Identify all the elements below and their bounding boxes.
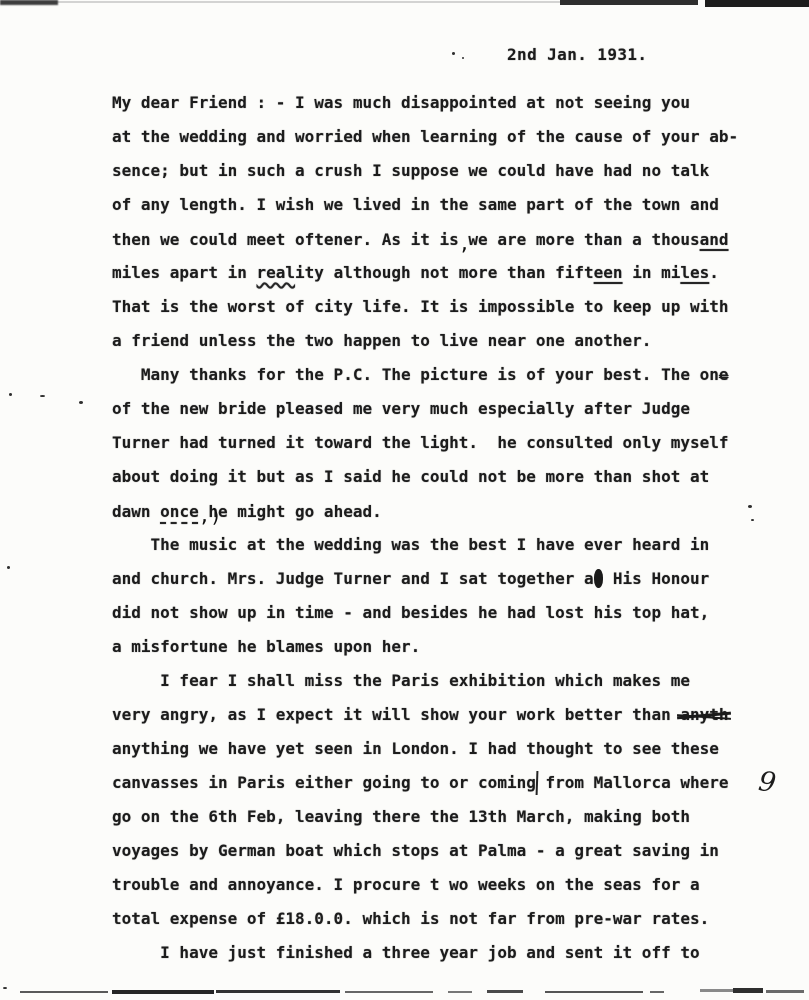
scan-artifact-bottom [733, 988, 763, 993]
letter-line: total expense of £18.0.0. which is not f… [112, 902, 802, 936]
scan-artifact-bottom [545, 991, 643, 993]
text-segment: he might go ahead. [199, 502, 382, 521]
text-segment: canvasses in Paris either going to or co… [112, 773, 536, 792]
handwritten-mark-u: een [594, 263, 623, 282]
letter-line: canvasses in Paris either going to or co… [112, 766, 802, 800]
text-segment: and church. Mrs. Judge Turner and I sat … [112, 569, 594, 588]
text-segment: Many thanks for the P.C. The picture is … [112, 365, 719, 384]
letter-page: 2nd Jan. 1931. My dear Friend : - I was … [0, 0, 809, 1000]
handwritten-mark-u: and [700, 230, 729, 249]
letter-line: Turner had turned it toward the light. h… [112, 426, 802, 460]
text-segment: go on the 6th Feb, leaving there the 13t… [112, 807, 690, 826]
scan-artifact-top-right [560, 0, 698, 5]
ink-speck [79, 401, 83, 404]
scan-artifact-bottom [345, 991, 433, 993]
ink-speck [452, 52, 455, 55]
handwritten-mark-ovr: e [719, 365, 729, 384]
letter-line: of the new bride pleased me very much es… [112, 392, 802, 426]
text-segment: My dear Friend : - I was much disappoint… [112, 93, 690, 112]
handwritten-mark-blot: s [594, 569, 604, 588]
letter-line: Many thanks for the P.C. The picture is … [112, 358, 802, 392]
handwritten-mark-uw: real [257, 263, 296, 282]
scan-artifact-bottom [766, 990, 804, 993]
text-segment: That is the worst of city life. It is im… [112, 297, 729, 316]
letter-line: dawn once,) he might go ahead. [112, 494, 802, 528]
letter-line: about doing it but as I said he could no… [112, 460, 802, 494]
letter-line: I fear I shall miss the Paris exhibition… [112, 664, 802, 698]
letter-line: trouble and annoyance. I procure t wo we… [112, 868, 802, 902]
text-segment: of any length. I wish we lived in the sa… [112, 195, 719, 214]
scan-artifact-top-right-dark [705, 0, 809, 7]
handwritten-mark-ud: once [160, 502, 199, 521]
scan-artifact-bottom [216, 990, 340, 993]
handwritten-mark-x: anyth [680, 705, 728, 724]
text-segment: I fear I shall miss the Paris exhibition… [112, 671, 690, 690]
text-segment: trouble and annoyance. I procure t wo we… [112, 875, 700, 894]
text-segment: at the wedding and worried when learning… [112, 127, 738, 146]
letter-line: of any length. I wish we lived in the sa… [112, 188, 802, 222]
text-segment: dawn [112, 502, 160, 521]
text-segment: total expense of £18.0.0. which is not f… [112, 909, 709, 928]
text-segment: . [709, 263, 719, 282]
scan-artifact-bottom [112, 990, 214, 994]
text-segment: a friend unless the two happen to live n… [112, 331, 651, 350]
letter-line: anything we have yet seen in London. I h… [112, 732, 802, 766]
letter-line: at the wedding and worried when learning… [112, 120, 802, 154]
text-segment: His Honour [603, 569, 709, 588]
text-segment: The music at the wedding was the best I … [112, 535, 709, 554]
letter-date: 2nd Jan. 1931. [507, 45, 647, 64]
ink-speck [748, 505, 752, 508]
letter-body: My dear Friend : - I was much disappoint… [112, 86, 802, 970]
letter-line: That is the worst of city life. It is im… [112, 290, 802, 324]
text-segment: of the new bride pleased me very much es… [112, 399, 690, 418]
text-segment: voyages by German boat which stops at Pa… [112, 841, 719, 860]
scan-artifact-bottom [448, 991, 472, 993]
text-segment: I have just finished a three year job an… [112, 943, 700, 962]
text-segment: then we could meet oftener. As it is [112, 230, 459, 249]
scan-artifact-bottom [20, 991, 108, 993]
handwritten-mark-u: les [680, 263, 709, 282]
text-segment: sence; but in such a crush I suppose we … [112, 161, 709, 180]
ink-speck [9, 393, 12, 396]
letter-line: I have just finished a three year job an… [112, 936, 802, 970]
text-segment: Turner had turned it toward the light. h… [112, 433, 729, 452]
scan-artifact-top-line [55, 1, 560, 3]
letter-line: The music at the wedding was the best I … [112, 528, 802, 562]
text-segment: about doing it but as I said he could no… [112, 467, 709, 486]
ink-speck [40, 395, 45, 397]
text-segment: did not show up in time - and besides he… [112, 603, 709, 622]
scan-artifact-bottom [487, 990, 523, 993]
text-segment: a misfortune he blames upon her. [112, 637, 420, 656]
ink-speck [751, 519, 754, 521]
text-segment: miles apart in [112, 263, 257, 282]
handwritten-mark-nine: 9 [758, 782, 775, 784]
letter-line: My dear Friend : - I was much disappoint… [112, 86, 802, 120]
text-segment: in [623, 263, 662, 282]
letter-line: miles apart in reality although not more… [112, 256, 802, 290]
letter-line: sence; but in such a crush I suppose we … [112, 154, 802, 188]
scan-artifact-top-left [0, 0, 58, 5]
letter-line: very angry, as I expect it will show you… [112, 698, 802, 732]
text-segment: very angry, as I expect it will show you… [112, 705, 680, 724]
ink-speck [462, 57, 464, 59]
text-segment: mi [661, 263, 680, 282]
scan-artifact-bottom [650, 991, 664, 993]
letter-line: did not show up in time - and besides he… [112, 596, 802, 630]
text-segment: anything we have yet seen in London. I h… [112, 739, 719, 758]
text-segment: ity although not more than fift [295, 263, 594, 282]
letter-line: a friend unless the two happen to live n… [112, 324, 802, 358]
letter-line: and church. Mrs. Judge Turner and I sat … [112, 562, 802, 596]
ink-speck [3, 987, 7, 989]
letter-line: go on the 6th Feb, leaving there the 13t… [112, 800, 802, 834]
ink-speck [7, 566, 10, 569]
text-segment: from Mallorca where [536, 773, 729, 792]
text-segment: we are more than a thous [459, 230, 700, 249]
letter-line: a misfortune he blames upon her. [112, 630, 802, 664]
letter-line: then we could meet oftener. As it is, we… [112, 222, 802, 256]
letter-line: voyages by German boat which stops at Pa… [112, 834, 802, 868]
